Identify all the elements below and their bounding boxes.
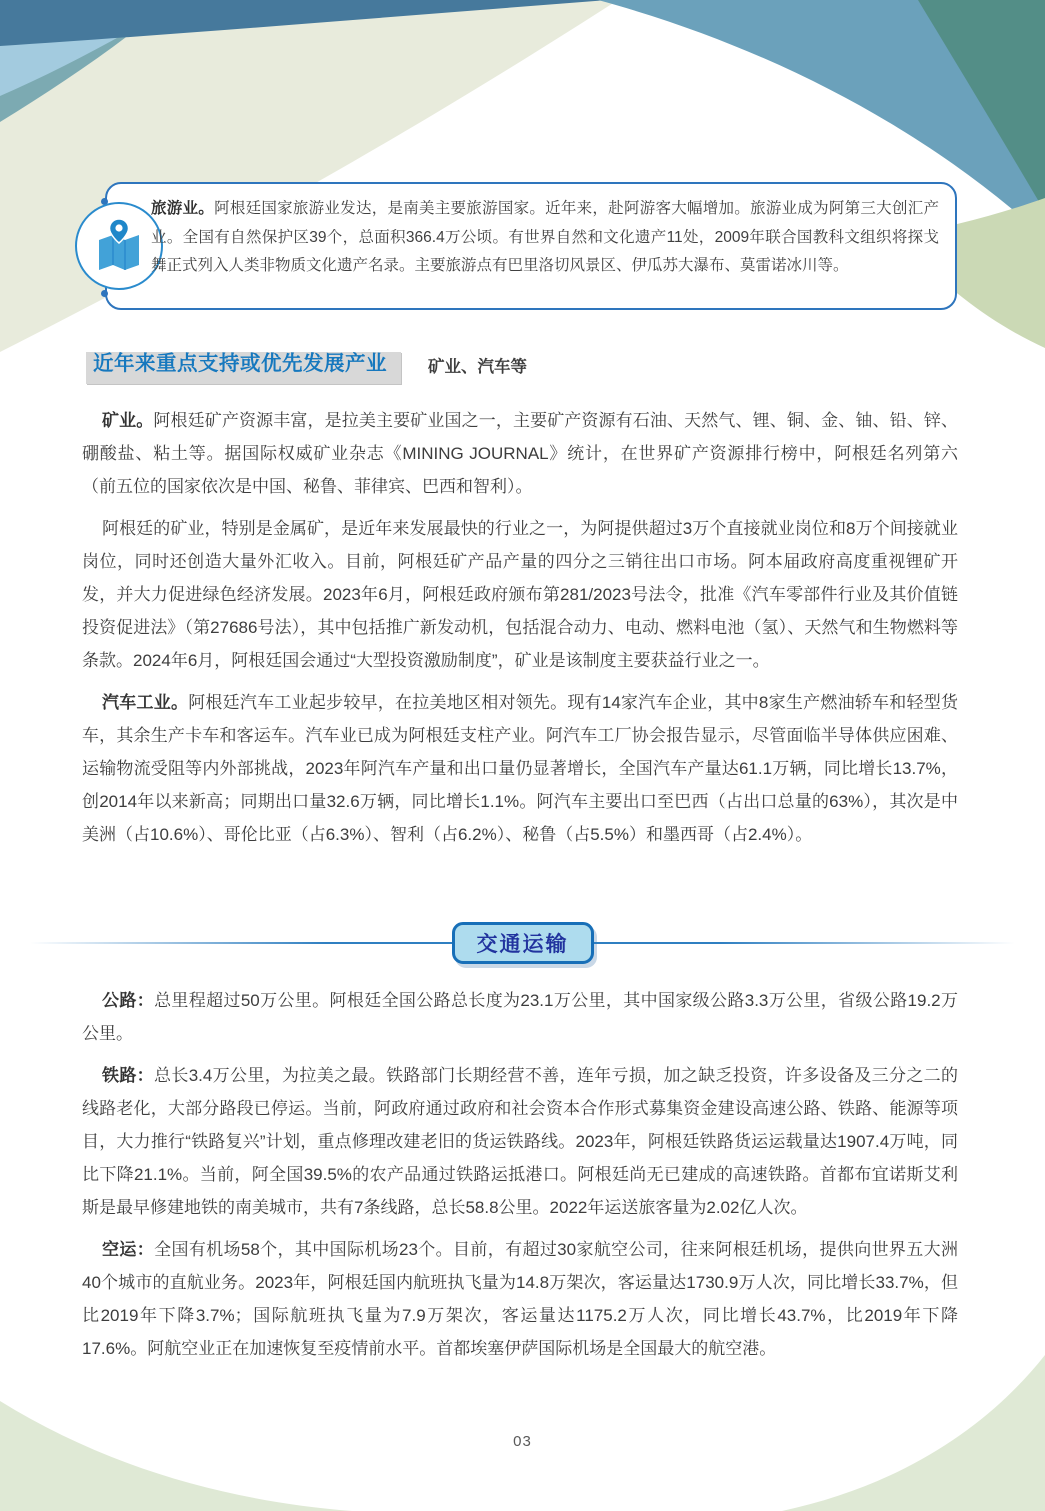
paragraph-air: 空运：全国有机场58个，其中国际机场23个。目前，有超过30家航空公司，往来阿根… (82, 1233, 958, 1365)
paragraph-mining-2-text: 阿根廷的矿业，特别是金属矿，是近年来发展最快的行业之一，为阿提供超过3万个直接就… (82, 519, 958, 670)
map-pin-icon (75, 202, 163, 290)
callout-border-dot-bottom (101, 290, 108, 297)
paragraph-mining-text: 阿根廷矿产资源丰富，是拉美主要矿业国之一，主要矿产资源有石油、天然气、锂、铜、金… (82, 411, 958, 496)
priority-section-subtitle: 矿业、汽车等 (428, 353, 527, 377)
paragraph-rail-text: 总长3.4万公里，为拉美之最。铁路部门长期经营不善，连年亏损，加之缺乏投资，许多… (82, 1066, 958, 1217)
tourism-callout: 旅游业。阿根廷国家旅游业发达，是南美主要旅游国家。近年来，赴阿游客大幅增加。旅游… (105, 182, 957, 310)
paragraph-auto: 汽车工业。阿根廷汽车工业起步较早，在拉美地区相对领先。现有14家汽车企业，其中8… (82, 686, 958, 851)
paragraph-mining-2: 阿根廷的矿业，特别是金属矿，是近年来发展最快的行业之一，为阿提供超过3万个直接就… (82, 512, 958, 677)
paragraph-air-lead: 空运： (102, 1240, 154, 1259)
priority-section-title: 近年来重点支持或优先发展产业 (93, 352, 387, 375)
priority-section-body: 矿业。阿根廷矿产资源丰富，是拉美主要矿业国之一，主要矿产资源有石油、天然气、锂、… (82, 404, 958, 860)
paragraph-mining: 矿业。阿根廷矿产资源丰富，是拉美主要矿业国之一，主要矿产资源有石油、天然气、锂、… (82, 404, 958, 503)
banner-line-right (594, 942, 1016, 944)
paragraph-auto-text: 阿根廷汽车工业起步较早，在拉美地区相对领先。现有14家汽车企业，其中8家生产燃油… (82, 693, 958, 844)
callout-text: 旅游业。阿根廷国家旅游业发达，是南美主要旅游国家。近年来，赴阿游客大幅增加。旅游… (151, 195, 939, 281)
paragraph-rail-lead: 铁路： (102, 1066, 154, 1085)
transport-section-body: 公路：总里程超过50万公里。阿根廷全国公路总长度为23.1万公里，其中国家级公路… (82, 984, 958, 1374)
paragraph-road-lead: 公路： (102, 991, 154, 1010)
transport-title-pill: 交通运输 (452, 922, 594, 964)
paragraph-rail: 铁路：总长3.4万公里，为拉美之最。铁路部门长期经营不善，连年亏损，加之缺乏投资… (82, 1059, 958, 1224)
transport-title: 交通运输 (477, 928, 569, 958)
priority-section-heading: 近年来重点支持或优先发展产业 矿业、汽车等 (86, 352, 527, 384)
callout-body-text: 阿根廷国家旅游业发达，是南美主要旅游国家。近年来，赴阿游客大幅增加。旅游业成为阿… (151, 200, 939, 274)
paragraph-road: 公路：总里程超过50万公里。阿根廷全国公路总长度为23.1万公里，其中国家级公路… (82, 984, 958, 1050)
banner-line-left (30, 942, 452, 944)
paragraph-road-text: 总里程超过50万公里。阿根廷全国公路总长度为23.1万公里，其中国家级公路3.3… (82, 991, 958, 1043)
paragraph-mining-lead: 矿业。 (102, 411, 153, 430)
paragraph-auto-lead: 汽车工业。 (102, 693, 188, 712)
page-number: 03 (0, 1433, 1045, 1450)
callout-lead: 旅游业。 (151, 200, 214, 217)
priority-section-title-bar: 近年来重点支持或优先发展产业 (86, 352, 401, 384)
transport-section-heading: 交通运输 (0, 921, 1045, 965)
paragraph-air-text: 全国有机场58个，其中国际机场23个。目前，有超过30家航空公司，往来阿根廷机场… (82, 1240, 958, 1358)
